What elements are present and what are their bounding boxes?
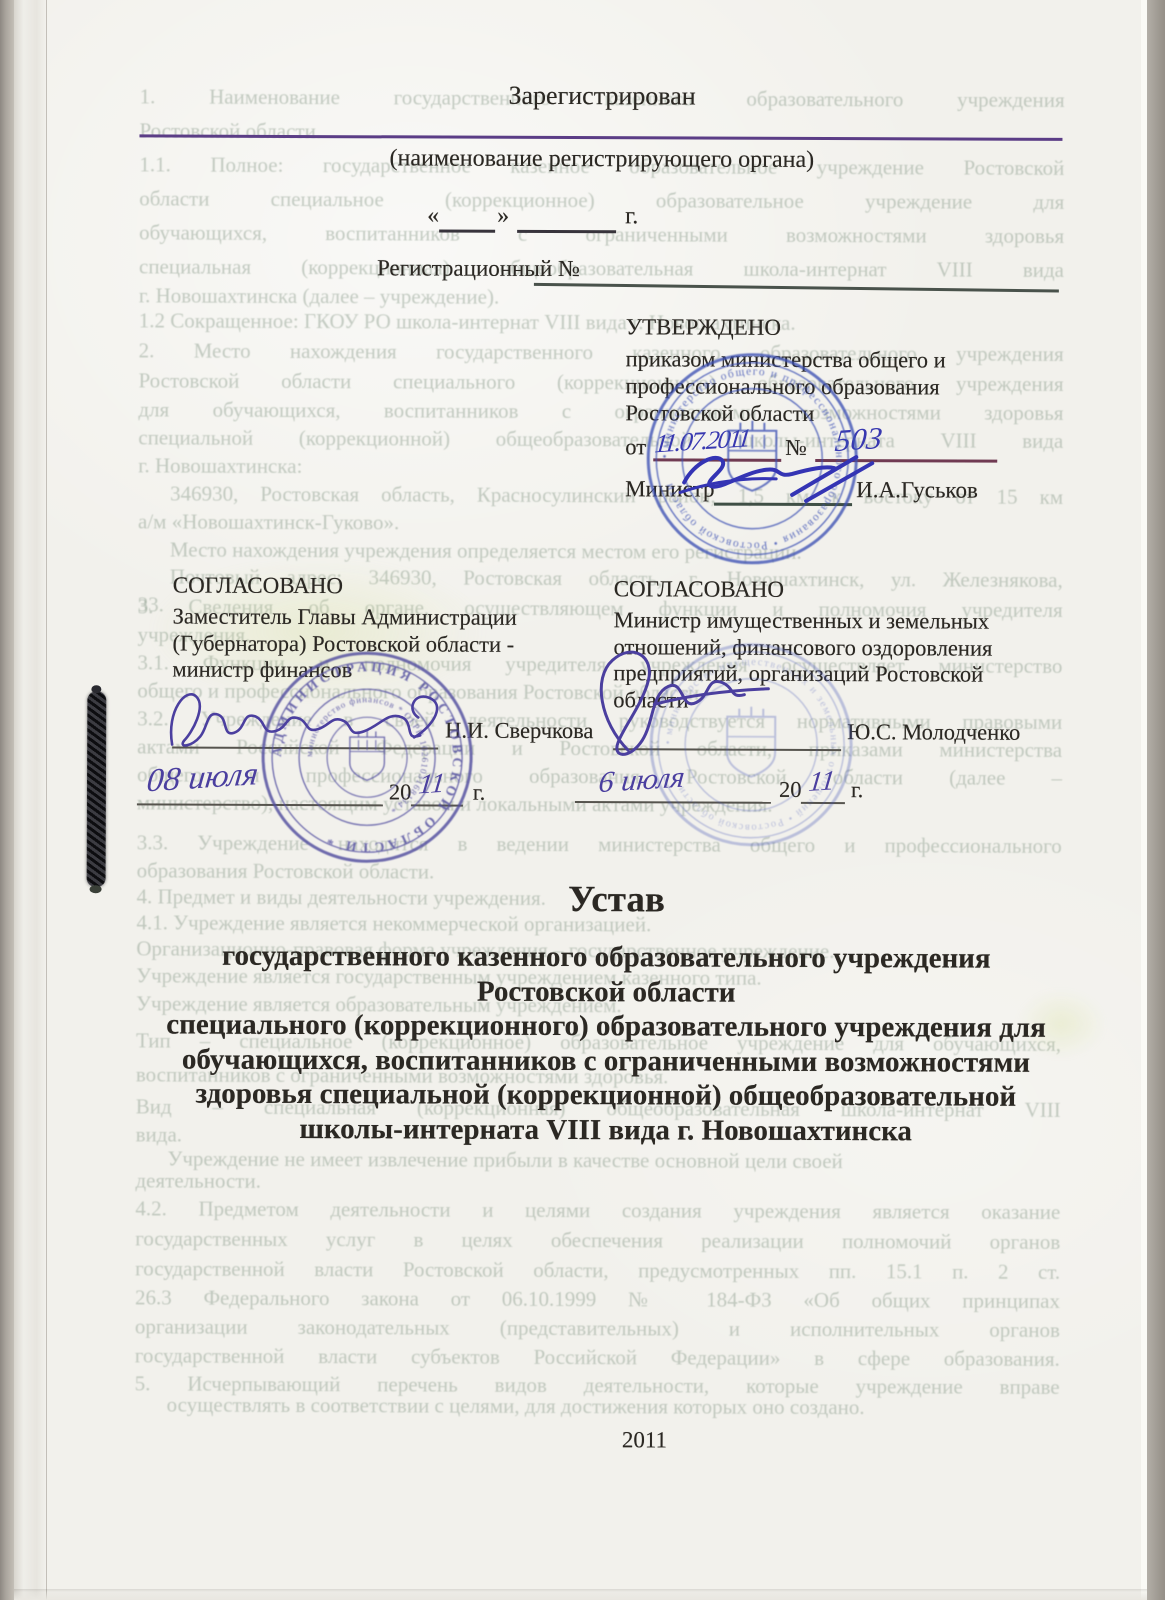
registration-org-line — [139, 134, 1062, 141]
registration-number-label: Регистрационный № — [377, 254, 580, 282]
binding-thread — [87, 691, 107, 887]
agreed-property-heading: СОГЛАСОВАНО — [614, 575, 784, 603]
content-layer: Зарегистрирован (наименование регистриру… — [0, 0, 1165, 1600]
registration-status: Зарегистрирован — [140, 80, 1065, 111]
agreed-property-signer-name: Ю.С. Молодченко — [847, 718, 1020, 746]
registration-date-day-line — [439, 230, 495, 233]
charter-title-line: обучающихся, воспитанников с ограниченны… — [71, 1042, 1141, 1081]
registration-date-year-suffix: г. — [625, 203, 638, 230]
charter-title-line: специального (коррекционного) образовате… — [71, 1007, 1141, 1046]
agreed-property-line: Министр имущественных и земельных — [614, 607, 1074, 635]
finance-handwritten-date: 08 июля — [145, 756, 260, 800]
scan-edge-right — [1147, 0, 1165, 1600]
guskov-signature — [676, 448, 886, 513]
scan-edge-bottom — [14, 1589, 1147, 1600]
charter-title: Устав — [516, 886, 716, 914]
molodchenko-signature — [582, 638, 782, 759]
scan-edge-left — [0, 0, 14, 1600]
charter-title-lines: государственного казенного образовательн… — [71, 938, 1142, 1149]
charter-title-line: государственного казенного образовательн… — [71, 938, 1141, 977]
agreed-finance-heading: СОГЛАСОВАНО — [173, 572, 343, 600]
registration-date-close-quote: » — [497, 203, 509, 230]
charter-title-line: школы-интерната VIII вида г. Новошахтинс… — [71, 1111, 1141, 1150]
registration-date-month-line — [517, 230, 616, 233]
scanned-charter-page: 1. Наименование государственного казенно… — [0, 0, 1165, 1600]
approved-heading: УТВЕРЖДЕНО — [626, 313, 781, 341]
registration-org-caption: (наименование регистрирующего органа) — [139, 144, 1064, 175]
charter-title-line: здоровья специальной (коррекционной) общ… — [71, 1076, 1141, 1115]
agreed-finance-line: Заместитель Главы Администрации — [173, 604, 613, 632]
registration-date-open-quote: « — [427, 202, 439, 229]
charter-title-line: Ростовской области — [71, 973, 1141, 1012]
registration-number-line — [534, 283, 1059, 293]
sverchkova-signature — [162, 678, 462, 763]
charter-year: 2011 — [564, 1426, 724, 1454]
